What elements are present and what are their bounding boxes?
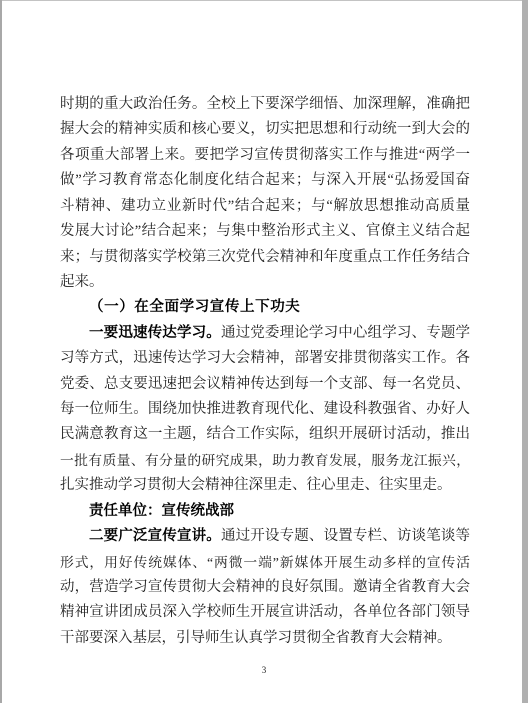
- body-text-line: 干部要深入基层，引导师生认真学习贯彻全省教育大会精神。: [60, 626, 470, 651]
- body-text-line: 来；与贯彻落实学校第三次党代会精神和年度重点工作任务结合: [60, 245, 470, 270]
- run-normal: 通过开设专题、设置专栏、访谈笔谈等: [221, 528, 470, 544]
- run-bold: 二要广泛宣传宣讲。: [89, 528, 221, 544]
- document-text-block: 时期的重大政治任务。全校上下要深学细悟、加深理解，准确把 握大会的精神实质和核心…: [60, 92, 470, 651]
- page-edge-right: [522, 0, 528, 703]
- body-text-line: 形式，用好传统媒体、“两微一端”新媒体开展生动多样的宣传活: [60, 550, 470, 575]
- body-text-line: 党委、总支要迅速把会议精神传达到每一个支部、每一名党员、: [60, 372, 470, 397]
- body-text-line: 时期的重大政治任务。全校上下要深学细悟、加深理解，准确把: [60, 92, 470, 117]
- body-text-line: 动，营造学习宣传贯彻大会精神的良好氛围。邀请全省教育大会: [60, 575, 470, 600]
- body-text-line: 握大会的精神实质和核心要义，切实把思想和行动统一到大会的: [60, 117, 470, 142]
- point-two-line: 二要广泛宣传宣讲。通过开设专题、设置专栏、访谈笔谈等: [60, 524, 470, 549]
- page-number: 3: [0, 665, 528, 675]
- body-text-line: 做”学习教育常态化制度化结合起来；与深入开展“弘扬爱国奋: [60, 168, 470, 193]
- body-text-line: 民满意教育这一主题，结合工作实际，组织开展研讨活动，推出: [60, 422, 470, 447]
- section-heading: （一）在全面学习宣传上下功夫: [60, 295, 470, 320]
- run-bold: 一要迅速传达学习。: [89, 325, 221, 341]
- body-text-line: 一批有质量、有分量的研究成果，助力教育发展，服务龙江振兴，: [60, 448, 470, 473]
- body-text-line: 精神宣讲团成员深入学校师生开展宣讲活动，各单位各部门领导: [60, 600, 470, 625]
- point-one-line: 一要迅速传达学习。通过党委理论学习中心组学习、专题学: [60, 321, 470, 346]
- body-text-line: 扎实推动学习贯彻大会精神往深里走、往心里走、往实里走。: [60, 473, 470, 498]
- run-normal: 通过党委理论学习中心组学习、专题学: [221, 325, 470, 341]
- page-edge-top: [0, 0, 528, 1]
- body-text-line: 每一位师生。围绕加快推进教育现代化、建设科教强省、办好人: [60, 397, 470, 422]
- body-text-line: 发展大讨论”结合起来；与集中整治形式主义、官僚主义结合起: [60, 219, 470, 244]
- body-text-line: 起来。: [60, 270, 470, 295]
- page-edge-left: [0, 0, 2, 703]
- body-text-line: 习等方式，迅速传达学习大会精神，部署安排贯彻落实工作。各: [60, 346, 470, 371]
- body-text-line: 各项重大部署上来。要把学习宣传贯彻落实工作与推进“两学一: [60, 143, 470, 168]
- responsible-unit-line: 责任单位：宣传统战部: [60, 499, 470, 524]
- body-text-line: 斗精神、建功立业新时代”结合起来；与“解放思想推动高质量: [60, 194, 470, 219]
